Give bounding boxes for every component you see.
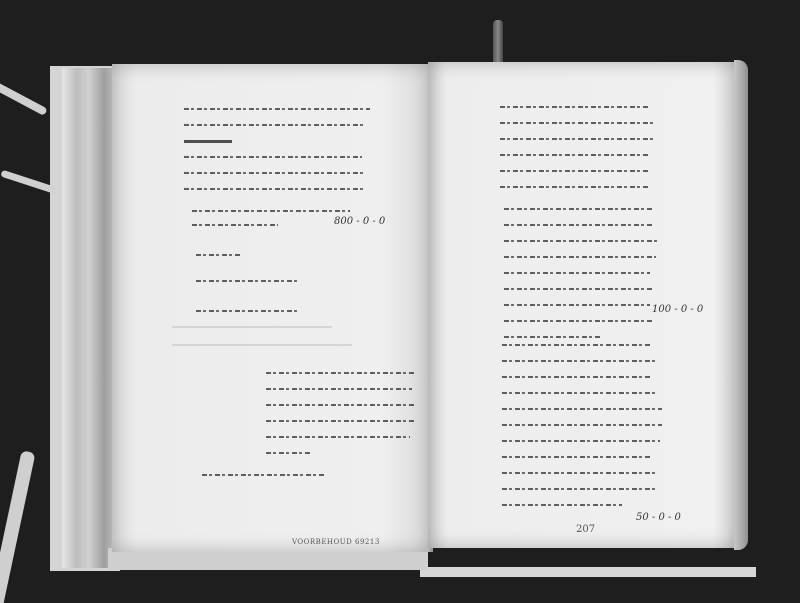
handwritten-line	[500, 118, 654, 127]
handwritten-line	[504, 220, 654, 229]
handwritten-line	[502, 356, 658, 365]
handwritten-line	[502, 468, 658, 477]
handwritten-line	[266, 432, 410, 441]
archive-stamp: VOORBEHOUD 69213	[292, 538, 380, 546]
paragraph-lp4	[196, 276, 300, 285]
page-block-edge-right	[734, 60, 748, 550]
handwritten-line	[500, 102, 650, 111]
cover-board-bottom	[420, 567, 756, 577]
left-page: 800 - 0 - 0	[112, 64, 433, 552]
handwritten-line-struck	[184, 136, 368, 145]
ribbon-strap-mid	[0, 170, 54, 194]
handwritten-line	[502, 420, 662, 429]
handwritten-line	[500, 166, 648, 175]
handwritten-line	[266, 368, 416, 377]
handwritten-line	[502, 388, 658, 397]
paragraph-lp5	[196, 306, 300, 315]
handwritten-line	[502, 404, 662, 413]
handwritten-line	[502, 436, 660, 445]
right-page: 100 - 0 - 0 50 - 0 - 0 207	[428, 62, 738, 548]
handwritten-line	[500, 150, 650, 159]
handwritten-line	[504, 252, 656, 261]
ribbon-strap-top	[0, 76, 48, 116]
ribbon-strap-bottom	[0, 450, 35, 603]
amount-rp3: 50 - 0 - 0	[636, 512, 681, 523]
handwritten-line	[504, 236, 660, 245]
handwritten-line	[184, 168, 364, 177]
handwritten-line	[504, 204, 652, 213]
handwritten-line	[504, 284, 652, 293]
handwritten-line	[504, 300, 650, 309]
handwritten-line	[184, 152, 362, 161]
handwritten-line	[266, 448, 312, 457]
handwritten-line	[184, 120, 366, 129]
handwritten-line	[502, 372, 652, 381]
handwritten-line	[192, 220, 278, 229]
clasp	[493, 20, 503, 66]
paragraph-lp3	[196, 250, 240, 259]
amount-lp2: 800 - 0 - 0	[334, 216, 385, 227]
paragraph-lp7	[202, 470, 326, 479]
handwritten-line	[184, 184, 366, 193]
handwritten-line	[502, 452, 652, 461]
handwritten-line	[266, 384, 412, 393]
handwritten-line	[266, 416, 416, 425]
amount-rp2: 100 - 0 - 0	[652, 304, 703, 315]
handwritten-line	[500, 182, 650, 191]
handwritten-line	[502, 484, 656, 493]
handwritten-line	[502, 340, 652, 349]
handwritten-line	[504, 268, 650, 277]
handwritten-line	[502, 500, 622, 509]
bleed-through	[172, 326, 332, 328]
handwritten-line	[184, 104, 370, 113]
handwritten-line	[504, 316, 652, 325]
bleed-through	[172, 344, 352, 346]
handwritten-line	[266, 400, 416, 409]
handwritten-line	[192, 206, 350, 215]
handwritten-line	[500, 134, 656, 143]
page-number: 207	[576, 524, 595, 535]
